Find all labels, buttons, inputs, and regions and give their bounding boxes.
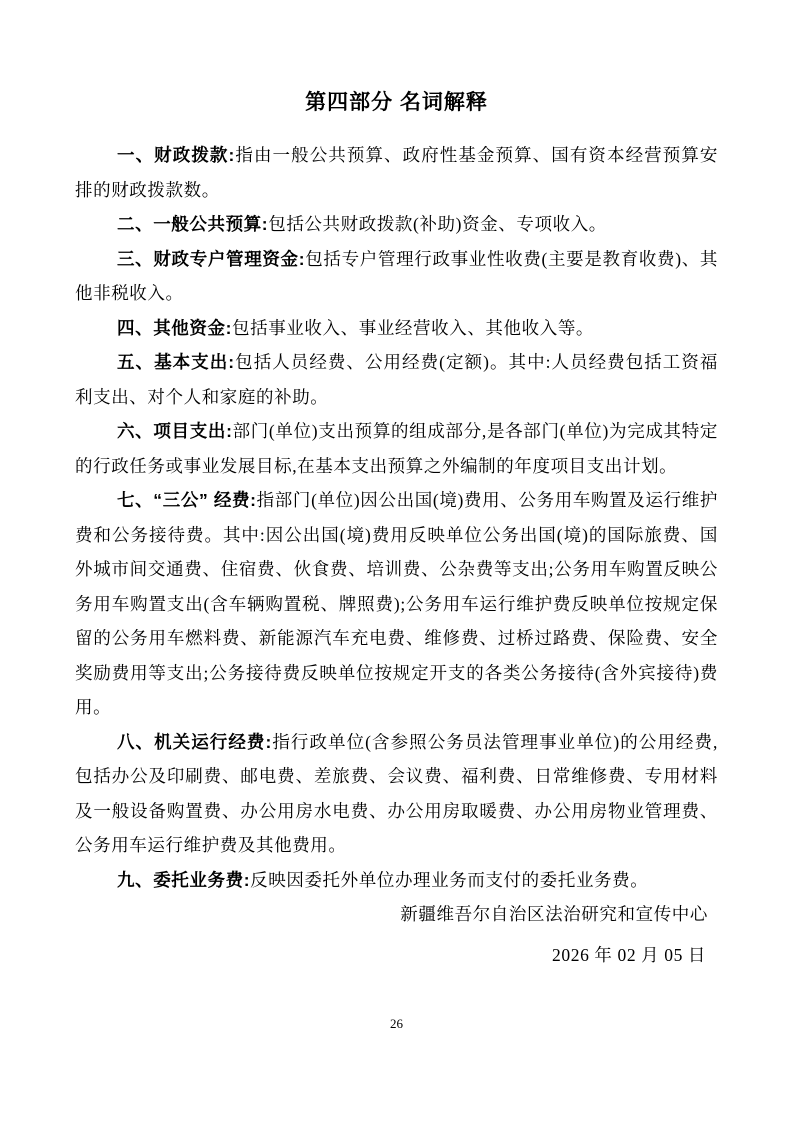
term-paragraph-jibenzhichu: 五、基本支出:包括人员经费、公用经费(定额)。其中:人员经费包括工资福利支出、对… xyxy=(75,345,718,414)
term-label: 五、基本支出: xyxy=(117,352,235,372)
term-label: 一、财政拨款: xyxy=(117,145,235,165)
page-content: 第四部分 名词解释 一、财政拨款:指由一般公共预算、政府性基金预算、国有资本经营… xyxy=(0,0,793,972)
signature-block: 新疆维吾尔自治区法治研究和宣传中心 2026 年 02 月 05 日 xyxy=(75,897,718,972)
term-definition: 指部门(单位)因公出国(境)费用、公务用车购置及运行维护费和公务接待费。其中:因… xyxy=(75,490,718,717)
term-label: 九、委托业务费: xyxy=(117,870,250,890)
term-paragraph-caizhengbokuan: 一、财政拨款:指由一般公共预算、政府性基金预算、国有资本经营预算安排的财政拨款数… xyxy=(75,138,718,207)
term-label: 八、机关运行经费: xyxy=(117,732,272,752)
term-label: 七、“三公” 经费: xyxy=(117,490,257,510)
term-definition: 反映因委托外单位办理业务而支付的委托业务费。 xyxy=(250,870,648,890)
glossary-terms: 一、财政拨款:指由一般公共预算、政府性基金预算、国有资本经营预算安排的财政拨款数… xyxy=(75,138,718,897)
page-title: 第四部分 名词解释 xyxy=(75,88,718,118)
term-label: 三、财政专户管理资金: xyxy=(117,249,305,269)
term-label: 六、项目支出: xyxy=(117,421,233,441)
page-number: 26 xyxy=(0,1016,793,1032)
signature-date: 2026 年 02 月 05 日 xyxy=(75,938,718,973)
term-paragraph-sangongjingfei: 七、“三公” 经费:指部门(单位)因公出国(境)费用、公务用车购置及运行维护费和… xyxy=(75,483,718,725)
term-label: 四、其他资金: xyxy=(117,318,232,338)
term-paragraph-weituoyewufei: 九、委托业务费:反映因委托外单位办理业务而支付的委托业务费。 xyxy=(75,863,718,898)
term-definition: 包括公共财政拨款(补助)资金、专项收入。 xyxy=(268,214,607,234)
signature-organization: 新疆维吾尔自治区法治研究和宣传中心 xyxy=(75,897,718,932)
term-paragraph-caizhengzhuanhu: 三、财政专户管理资金:包括专户管理行政事业性收费(主要是教育收费)、其他非税收入… xyxy=(75,242,718,311)
term-paragraph-qitazijin: 四、其他资金:包括事业收入、事业经营收入、其他收入等。 xyxy=(75,311,718,346)
term-paragraph-jiguanyunxingjingfei: 八、机关运行经费:指行政单位(含参照公务员法管理事业单位)的公用经费,包括办公及… xyxy=(75,725,718,863)
term-paragraph-xiangmuzhichu: 六、项目支出:部门(单位)支出预算的组成部分,是各部门(单位)为完成其特定的行政… xyxy=(75,414,718,483)
term-paragraph-yibangonggongyusuan: 二、一般公共预算:包括公共财政拨款(补助)资金、专项收入。 xyxy=(75,207,718,242)
term-definition: 包括事业收入、事业经营收入、其他收入等。 xyxy=(232,318,594,338)
document-page: 第四部分 名词解释 一、财政拨款:指由一般公共预算、政府性基金预算、国有资本经营… xyxy=(0,0,793,1122)
term-label: 二、一般公共预算: xyxy=(117,214,268,234)
